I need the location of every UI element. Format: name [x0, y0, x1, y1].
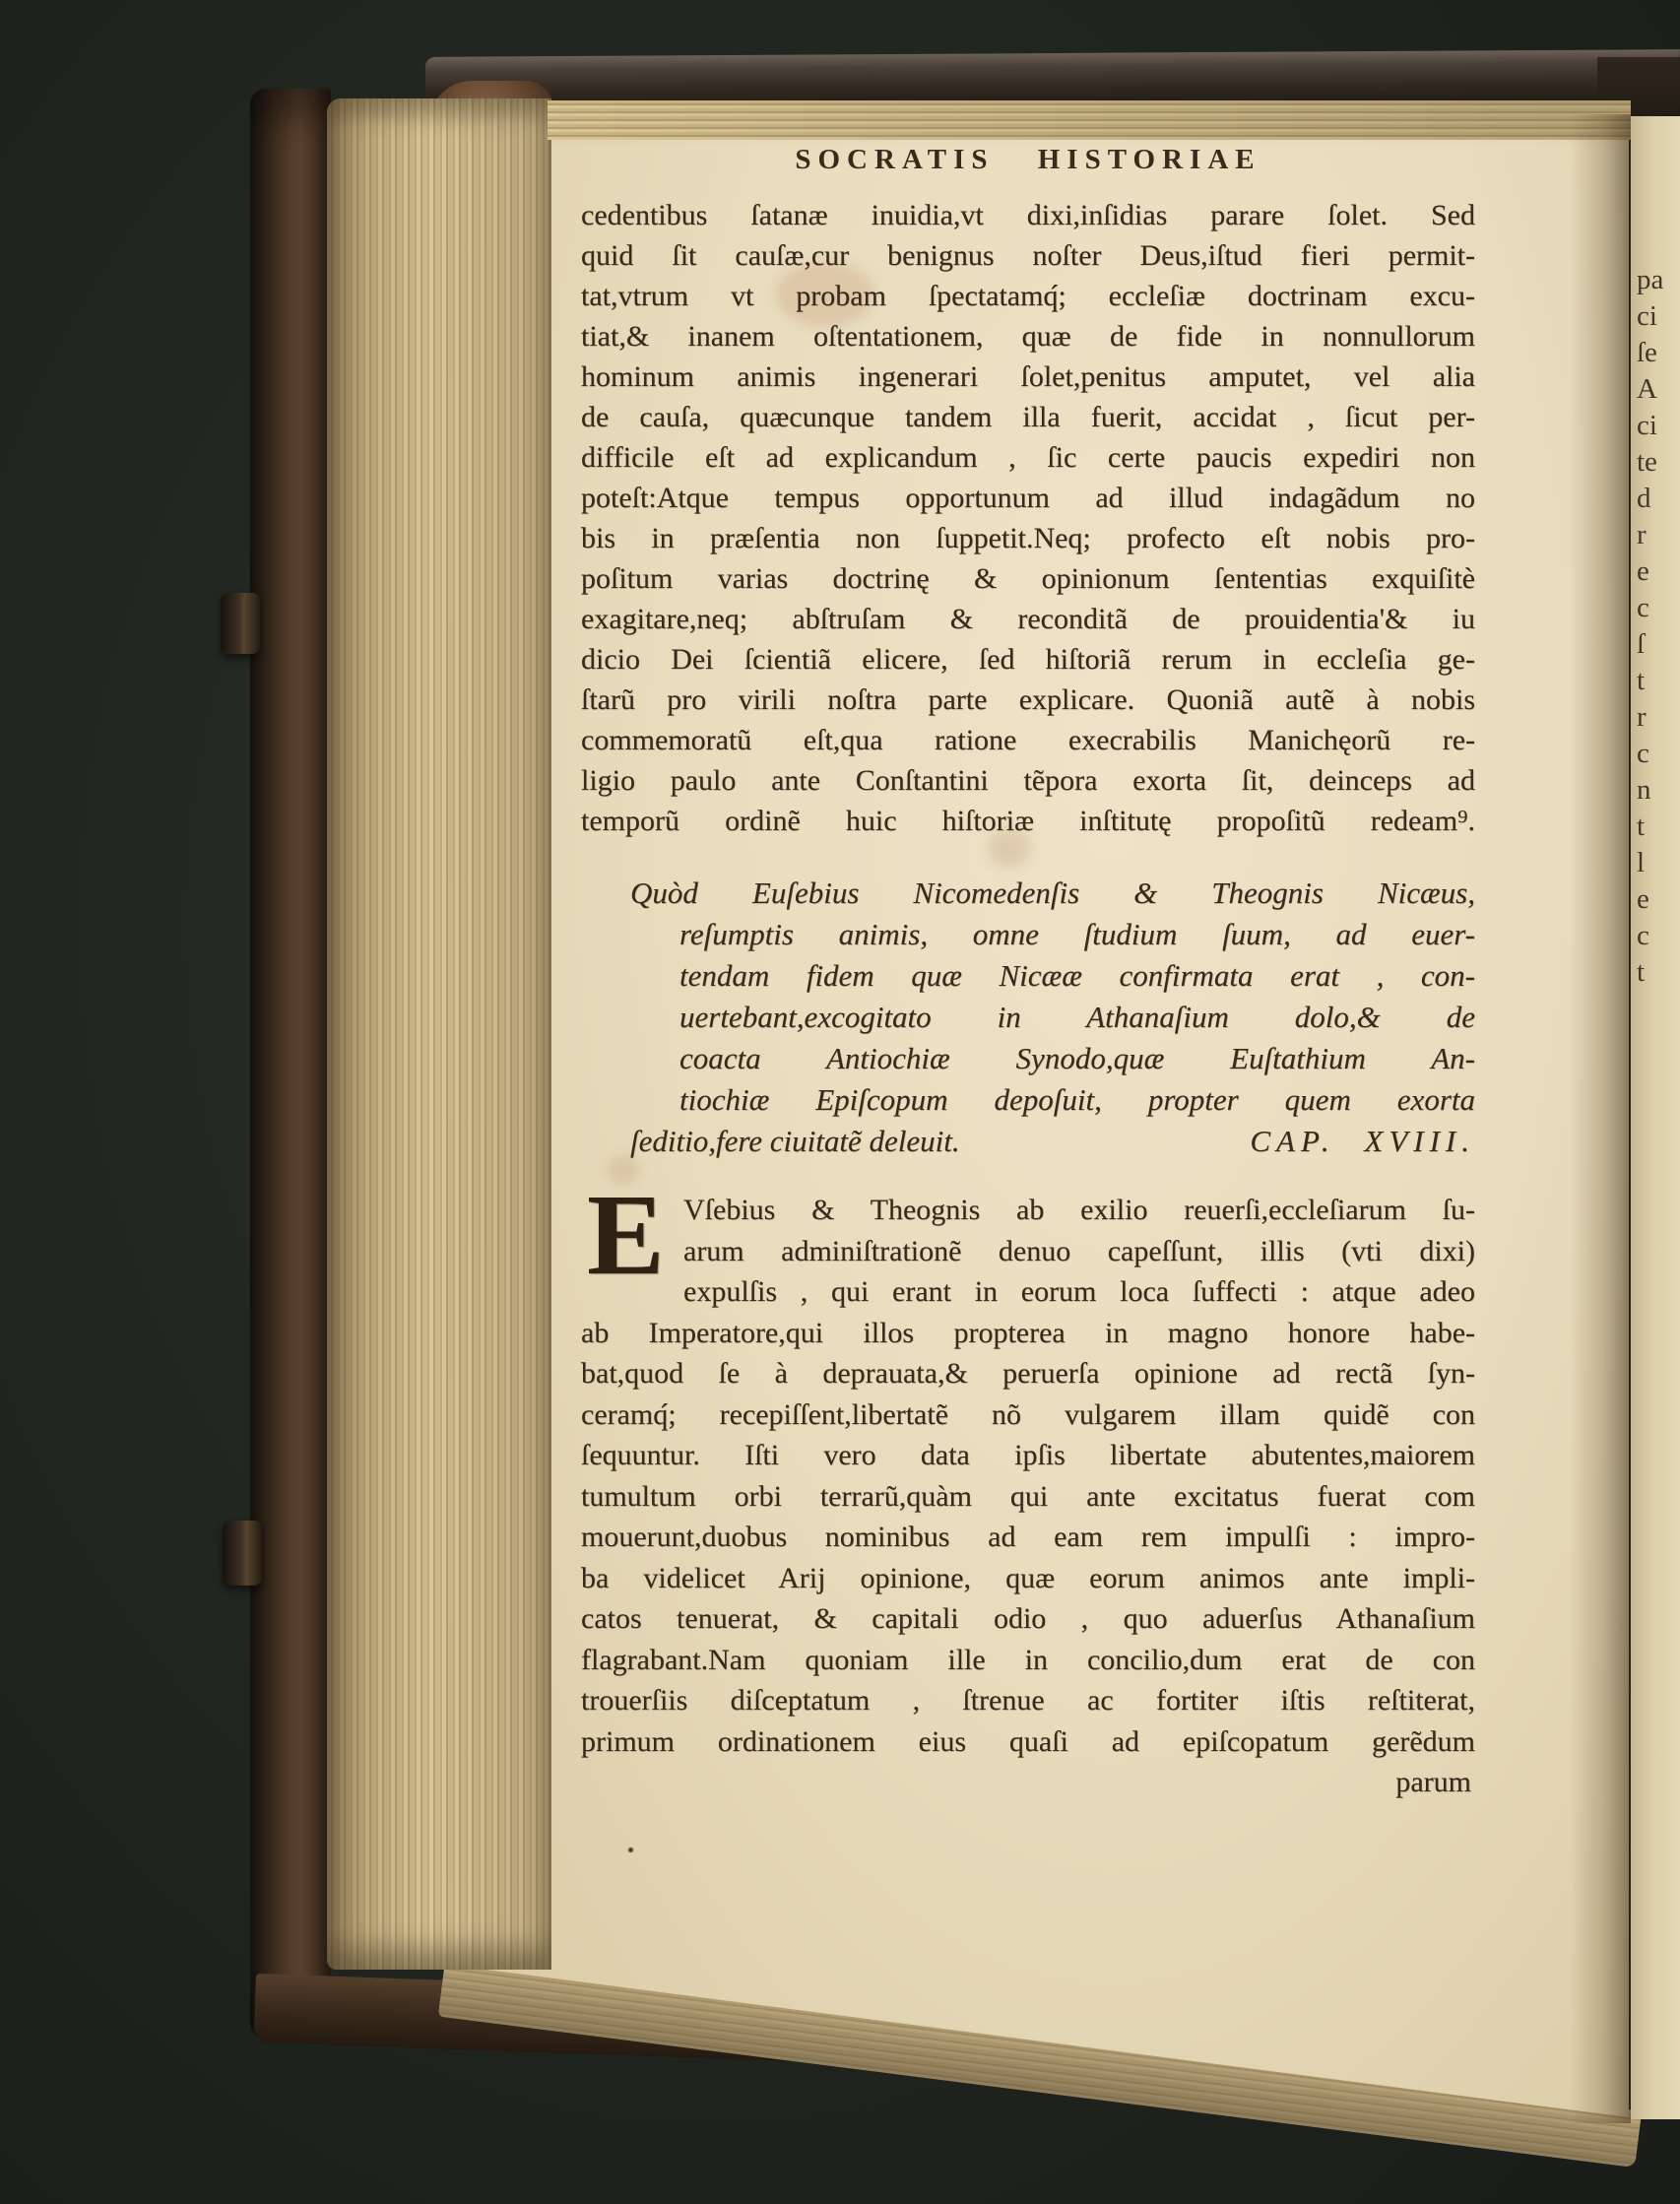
- chapter-lines: Vſebius & Theognis ab exilio reuerſi,ecc…: [581, 1190, 1475, 1762]
- facing-text-fragment: l: [1637, 845, 1680, 881]
- summary-line: tiochiæ Epiſcopum depoſuit, propter quem…: [581, 1079, 1475, 1121]
- facing-text-fragment: A: [1637, 371, 1680, 408]
- text-line: tumultum orbi terrarũ,quàm qui ante exci…: [581, 1476, 1475, 1518]
- paragraph-continuation: cedentibus ſatanæ inuidia,vt dixi,inſidi…: [581, 195, 1475, 841]
- text-line: primum ordinationem eius quaſi ad epiſco…: [581, 1721, 1475, 1763]
- clasp-remnant: [221, 593, 260, 654]
- text-line: quid ſit cauſæ,cur benignus noſter Deus,…: [581, 235, 1475, 276]
- text-line: ab Imperatore,qui illos propterea in mag…: [581, 1313, 1475, 1354]
- text-line: tat,vtrum vt probam ſpectatamq́; eccleſi…: [581, 276, 1475, 316]
- catchword: parum: [581, 1762, 1475, 1802]
- text-line: bis in præſentia non ſuppetit.Neq; profe…: [581, 518, 1475, 558]
- text-line: tiat,& inanem oſtentationem, quæ de fide…: [581, 316, 1475, 357]
- summary-line: tendam fidem quæ Nicææ confirmata erat ,…: [581, 955, 1475, 997]
- summary-line: Quòd Euſebius Nicomedenſis & Theognis Ni…: [581, 873, 1475, 914]
- facing-text-fragment: t: [1637, 809, 1680, 845]
- facing-text-fragment: r: [1637, 699, 1680, 736]
- text-line: expulſis , qui erant in eorum loca ſuffe…: [581, 1271, 1475, 1313]
- running-header: SOCRATIS HISTORIAE: [581, 144, 1475, 187]
- text-line: bat,quod ſe à deprauata,& peruerſa opini…: [581, 1353, 1475, 1394]
- drop-cap-initial: E: [587, 1194, 665, 1276]
- text-line: catos tenuerat, & capitali odio , quo ad…: [581, 1598, 1475, 1640]
- facing-text-fragment: n: [1637, 772, 1680, 809]
- book-page: SOCRATIS HISTORIAE cedentibus ſatanæ inu…: [451, 114, 1629, 2117]
- summary-line: uertebant,excogitato in Athanaſium dolo,…: [581, 997, 1475, 1038]
- facing-text-fragment: e: [1637, 553, 1680, 590]
- text-line: ſtarũ pro virili noſtra parte explicare.…: [581, 680, 1475, 720]
- text-line: cedentibus ſatanæ inuidia,vt dixi,inſidi…: [581, 195, 1475, 235]
- ink-speck: [628, 1847, 633, 1852]
- text-line: arum adminiſtrationẽ denuo capeſſunt, il…: [581, 1231, 1475, 1272]
- facing-page-text-fragments: paciſeAcitedrecſtrcntlect: [1631, 116, 1680, 991]
- text-line: temporũ ordinẽ huic hiſtoriæ inſtitutę p…: [581, 801, 1475, 841]
- text-line: poteſt:Atque tempus opportunum ad illud …: [581, 478, 1475, 518]
- facing-text-fragment: ſ: [1637, 626, 1680, 663]
- chapter-text: E Vſebius & Theognis ab exilio reuerſi,e…: [581, 1190, 1475, 1802]
- text-line: commemoratũ eſt,qua ratione execrabilis …: [581, 720, 1475, 760]
- summary-closing-text: ſeditio,fere ciuitatẽ deleuit.: [630, 1121, 960, 1162]
- text-line: hominum animis ingenerari ſolet,penitus …: [581, 357, 1475, 397]
- facing-text-fragment: t: [1637, 663, 1680, 699]
- facing-text-fragment: pa: [1637, 262, 1680, 298]
- text-line: ſequuntur. Iſti vero data ipſis libertat…: [581, 1435, 1475, 1476]
- text-line: mouerunt,duobus nominibus ad eam rem imp…: [581, 1517, 1475, 1558]
- facing-text-fragment: ci: [1637, 408, 1680, 444]
- summary-last-line: ſeditio,fere ciuitatẽ deleuit. CAP. XVII…: [581, 1121, 1475, 1162]
- chapter-heading: CAP. XVIII.: [1250, 1121, 1475, 1162]
- clasp-remnant: [223, 1521, 262, 1586]
- text-line: trouerſiis diſceptatum , ſtrenue ac fort…: [581, 1680, 1475, 1721]
- gutter-shadow: [1570, 114, 1631, 2123]
- chapter-summary-lines: Quòd Euſebius Nicomedenſis & Theognis Ni…: [581, 873, 1475, 1121]
- chapter-summary: Quòd Euſebius Nicomedenſis & Theognis Ni…: [581, 873, 1475, 1162]
- text-line: ceramq́; recepiſſent,libertatẽ nõ vulgar…: [581, 1394, 1475, 1436]
- page-stack-top-edge: [548, 100, 1631, 140]
- facing-text-fragment: ci: [1637, 298, 1680, 335]
- summary-line: coacta Antiochiæ Synodo,quæ Euſtathium A…: [581, 1038, 1475, 1079]
- text-line: de cauſa, quæcunque tandem illa fuerit, …: [581, 397, 1475, 437]
- text-line: poſitum varias doctrinę & opinionum ſent…: [581, 558, 1475, 599]
- text-line: ba videlicet Arij opinione, quæ eorum an…: [581, 1558, 1475, 1599]
- facing-text-fragment: c: [1637, 736, 1680, 772]
- facing-page-sliver: paciſeAcitedrecſtrcntlect: [1631, 116, 1680, 2119]
- text-line: dicio Dei ſcientiã elicere, ſed hiſtoriã…: [581, 639, 1475, 680]
- book-cover-spine-edge: [250, 89, 331, 2042]
- facing-text-fragment: d: [1637, 481, 1680, 517]
- page-stack-fore-edge: [327, 98, 551, 1970]
- facing-text-fragment: e: [1637, 881, 1680, 918]
- text-line: ligio paulo ante Conſtantini tẽpora exor…: [581, 760, 1475, 801]
- text-line: Vſebius & Theognis ab exilio reuerſi,ecc…: [581, 1190, 1475, 1231]
- text-block: SOCRATIS HISTORIAE cedentibus ſatanæ inu…: [581, 144, 1475, 1802]
- photo-background: SOCRATIS HISTORIAE cedentibus ſatanæ inu…: [0, 0, 1680, 2204]
- facing-text-fragment: c: [1637, 918, 1680, 954]
- text-line: difficile eſt ad explicandum , ſic certe…: [581, 437, 1475, 478]
- facing-text-fragment: te: [1637, 444, 1680, 481]
- summary-line: reſumptis animis, omne ſtudium ſuum, ad …: [581, 914, 1475, 955]
- text-line: flagrabant.Nam quoniam ille in concilio,…: [581, 1640, 1475, 1681]
- facing-text-fragment: r: [1637, 517, 1680, 553]
- facing-text-fragment: t: [1637, 954, 1680, 991]
- text-line: exagitare,neq; abſtruſam & reconditã de …: [581, 599, 1475, 639]
- facing-text-fragment: c: [1637, 590, 1680, 626]
- facing-text-fragment: ſe: [1637, 335, 1680, 371]
